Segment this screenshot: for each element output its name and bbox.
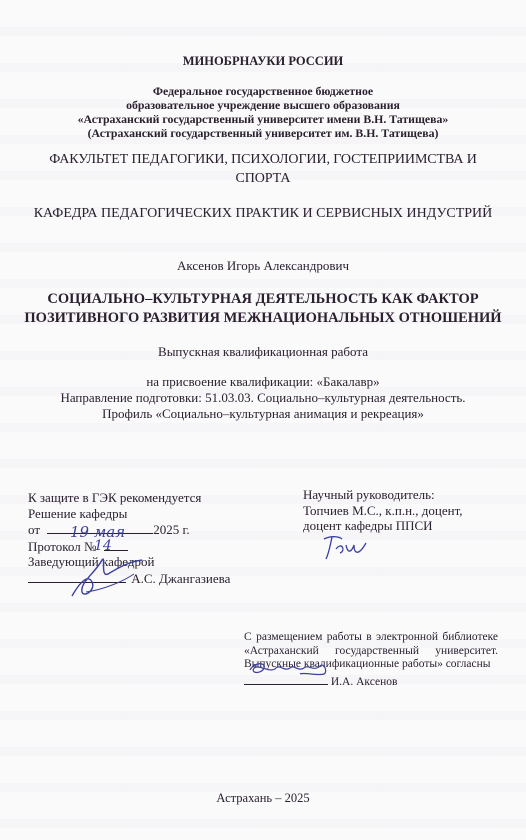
ministry-heading: МИНОБРНАУКИ РОССИИ	[0, 54, 526, 69]
department-heading: КАФЕДРА ПЕДАГОГИЧЕСКИХ ПРАКТИК И СЕРВИСН…	[0, 206, 526, 222]
consent-signer: И.А. Аксенов	[331, 676, 398, 688]
thesis-title: СОЦИАЛЬНО–КУЛЬТУРНАЯ ДЕЯТЕЛЬНОСТЬ КАК ФА…	[0, 290, 526, 328]
author-name: Аксенов Игорь Александрович	[0, 258, 526, 274]
faculty-heading: ФАКУЛЬТЕТ ПЕДАГОГИКИ, ПСИХОЛОГИИ, ГОСТЕП…	[0, 150, 526, 188]
head-signature-icon	[62, 552, 152, 602]
faculty-line: СПОРТА	[0, 169, 526, 188]
supervisor-block: Научный руководитель: Топчиев М.С., к.п.…	[303, 487, 463, 534]
profile-line: Профиль «Социально–культурная анимация и…	[0, 406, 526, 422]
direction-line: Направление подготовки: 51.03.03. Социал…	[0, 390, 526, 406]
title-line: ПОЗИТИВНОГО РАЗВИТИЯ МЕЖНАЦИОНАЛЬНЫХ ОТН…	[0, 309, 526, 328]
work-type: Выпускная квалификационная работа	[0, 344, 526, 360]
date-suffix: 2025 г.	[153, 522, 189, 537]
recommended-label: К защите в ГЭК рекомендуется	[28, 490, 230, 506]
decision-label: Решение кафедры	[28, 506, 230, 522]
institution-line: «Астраханский государственный университе…	[0, 112, 526, 126]
title-line: СОЦИАЛЬНО–КУЛЬТУРНАЯ ДЕЯТЕЛЬНОСТЬ КАК ФА…	[0, 290, 526, 309]
institution-line: (Астраханский государственный университе…	[0, 126, 526, 140]
qualification-block: на присвоение квалификации: «Бакалавр» Н…	[0, 374, 526, 422]
supervisor-name: Топчиев М.С., к.п.н., доцент,	[303, 503, 463, 519]
institution-line: образовательное учреждение высшего образ…	[0, 98, 526, 112]
supervisor-position: доцент кафедры ППСИ	[303, 518, 463, 534]
institution-block: Федеральное государственное бюджетное об…	[0, 84, 526, 140]
supervisor-label: Научный руководитель:	[303, 487, 463, 503]
title-page: МИНОБРНАУКИ РОССИИ Федеральное государст…	[0, 0, 526, 840]
author-signature-icon	[244, 660, 334, 680]
decision-date-row: от 2025 г.	[28, 521, 230, 538]
date-prefix: от	[28, 522, 40, 537]
supervisor-signature-icon	[320, 533, 370, 563]
institution-line: Федеральное государственное бюджетное	[0, 84, 526, 98]
qualification-line: на присвоение квалификации: «Бакалавр»	[0, 374, 526, 390]
faculty-line: ФАКУЛЬТЕТ ПЕДАГОГИКИ, ПСИХОЛОГИИ, ГОСТЕП…	[0, 150, 526, 169]
city-year: Астрахань – 2025	[0, 791, 526, 806]
